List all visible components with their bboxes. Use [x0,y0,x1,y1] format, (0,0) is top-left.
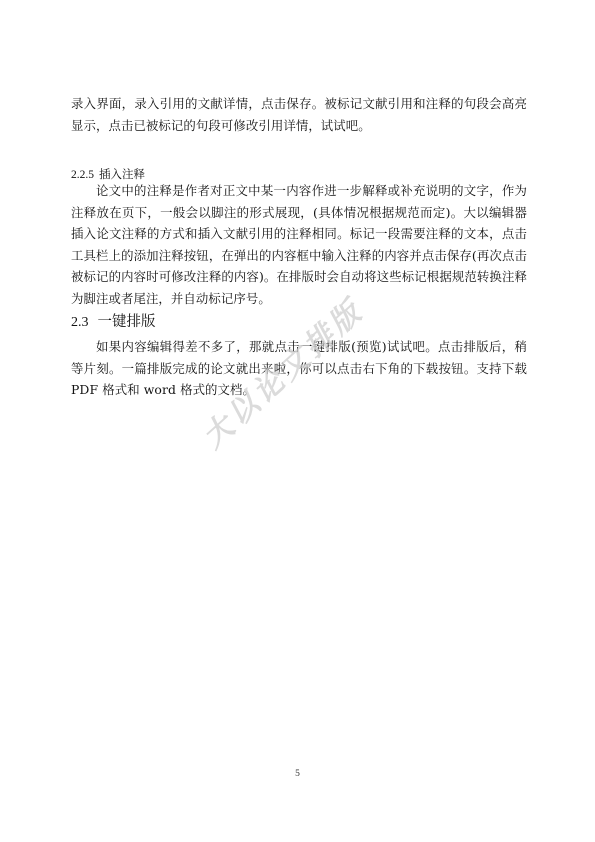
heading-number: 2.3 [71,315,89,330]
heading-title: 插入注释 [99,167,145,181]
paragraph-one-click-layout: 如果内容编辑得差不多了，那就点击一键排版(预览)试试吧。点击排版后，稍等片刻。一… [71,336,527,401]
heading-title: 一键排版 [98,314,156,330]
heading-2-3: 2.3一键排版 [71,313,156,332]
paragraph-annotation: 论文中的注释是作者对正文中某一内容作进一步解释或补充说明的文字，作为注释放在页下… [71,180,527,310]
document-page: 录入界面，录入引用的文献详情，点击保存。被标记文献引用和注释的句段会高亮显示，点… [0,0,595,842]
page-number: 5 [0,769,595,779]
paragraph-intro-continuation: 录入界面，录入引用的文献详情，点击保存。被标记文献引用和注释的句段会高亮显示，点… [71,93,527,136]
